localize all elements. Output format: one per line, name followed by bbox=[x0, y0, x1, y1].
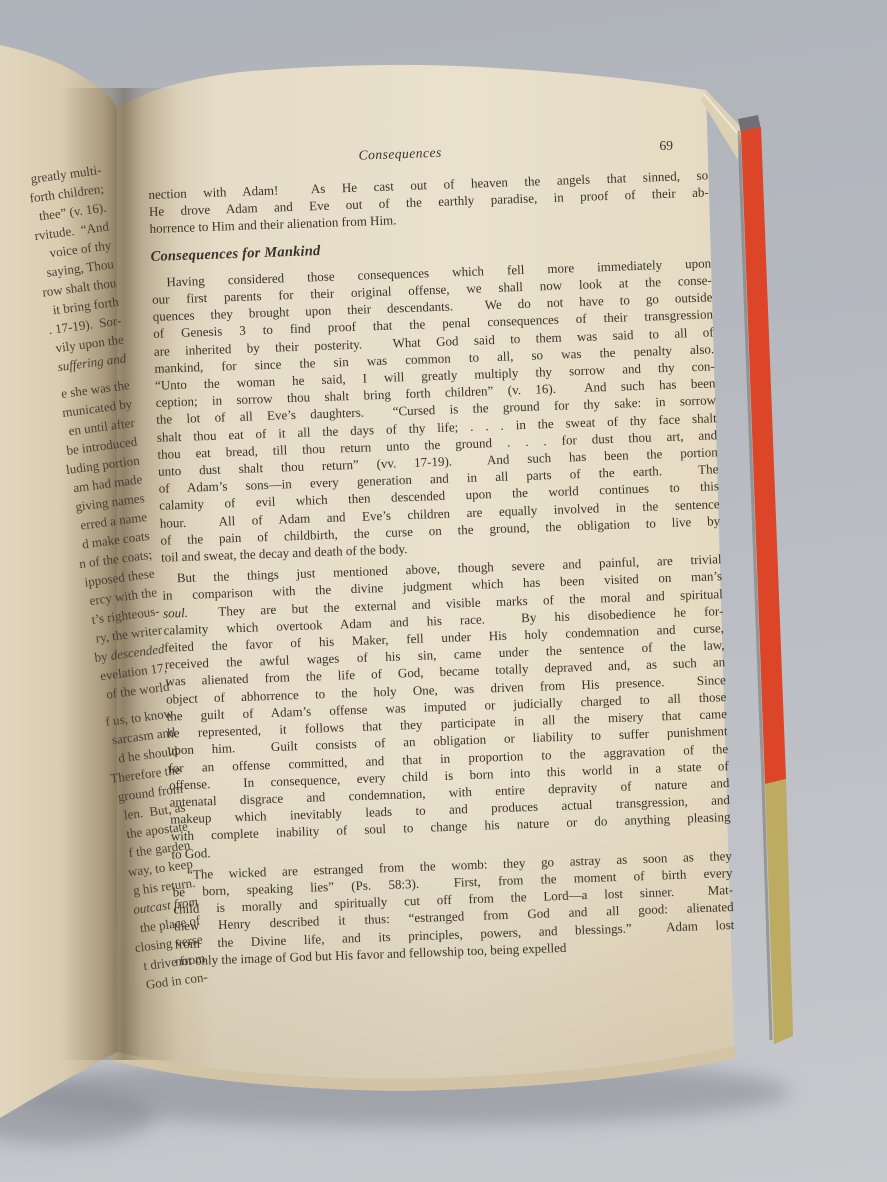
page-body-text: nection with Adam! As He cast out of hea… bbox=[148, 166, 735, 969]
paragraph: Having considered those consequences whi… bbox=[151, 254, 721, 566]
book-photo-scene: greatly multi-forth children;thee” (v. 1… bbox=[0, 0, 887, 1182]
paragraph: nection with Adam! As He cast out of hea… bbox=[148, 166, 709, 237]
right-page-text: Consequences 69 nection with Adam! As He… bbox=[147, 134, 735, 973]
paragraph: But the things just mentioned above, tho… bbox=[162, 550, 732, 862]
paragraph: “The wicked are estranged from the womb:… bbox=[172, 847, 735, 970]
page-number: 69 bbox=[659, 137, 673, 155]
red-cover-edge bbox=[741, 127, 786, 784]
